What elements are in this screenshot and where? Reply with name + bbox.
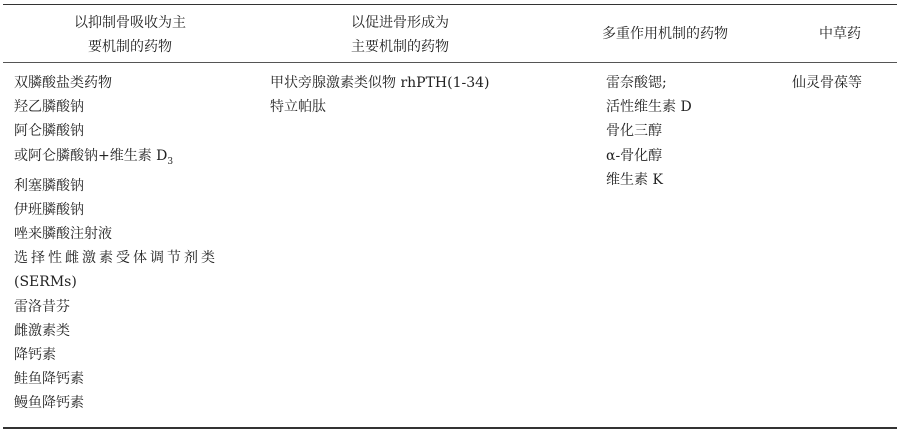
table-bottom-rule bbox=[3, 427, 897, 429]
cell: 鲑鱼降钙素 bbox=[14, 367, 218, 391]
cell: 雷奈酸锶; bbox=[606, 71, 692, 95]
header-col-4: 中草药 bbox=[790, 22, 890, 46]
header-col-3: 多重作用机制的药物 bbox=[560, 22, 770, 46]
cell: 双膦酸盐类药物 bbox=[14, 71, 218, 95]
subscript: 3 bbox=[167, 156, 173, 166]
column-bone-resorption-inhibitors: 双膦酸盐类药物 羟乙膦酸钠 阿仑膦酸钠 或阿仑膦酸钠+维生素 D3 利塞膦酸钠 … bbox=[14, 71, 218, 416]
column-herbal-medicine: 仙灵骨葆等 bbox=[792, 71, 862, 95]
header-col-1: 以抑制骨吸收为主 要机制的药物 bbox=[20, 11, 240, 59]
table-top-rule bbox=[3, 4, 897, 5]
cell: 利塞膦酸钠 bbox=[14, 174, 218, 198]
cell: α-骨化醇 bbox=[606, 144, 692, 168]
header-col-4-line1: 中草药 bbox=[790, 22, 890, 46]
cell: 雷洛昔芬 bbox=[14, 295, 218, 319]
header-col-2-line2: 主要机制的药物 bbox=[300, 35, 500, 59]
cell: 特立帕肽 bbox=[270, 95, 490, 119]
header-col-1-line2: 要机制的药物 bbox=[20, 35, 240, 59]
header-col-2-line1: 以促进骨形成为 bbox=[300, 11, 500, 35]
cell: 唑来膦酸注射液 bbox=[14, 222, 218, 246]
header-col-3-line1: 多重作用机制的药物 bbox=[560, 22, 770, 46]
cell: 骨化三醇 bbox=[606, 119, 692, 143]
cell: 羟乙膦酸钠 bbox=[14, 95, 218, 119]
cell: 鳗鱼降钙素 bbox=[14, 391, 218, 415]
header-rule bbox=[3, 62, 897, 63]
cell: 伊班膦酸钠 bbox=[14, 198, 218, 222]
cell: 雌激素类 bbox=[14, 319, 218, 343]
cell: (SERMs) bbox=[14, 270, 218, 294]
cell: 或阿仑膦酸钠+维生素 D3 bbox=[14, 144, 218, 174]
column-bone-formation-promoters: 甲状旁腺激素类似物 rhPTH(1-34) 特立帕肽 bbox=[270, 71, 490, 119]
header-col-1-line1: 以抑制骨吸收为主 bbox=[20, 11, 240, 35]
cell-text: 或阿仑膦酸钠+维生素 D bbox=[14, 148, 167, 164]
cell: 维生素 K bbox=[606, 168, 692, 192]
header-col-2: 以促进骨形成为 主要机制的药物 bbox=[300, 11, 500, 59]
cell: 选择性雌激素受体调节剂类 bbox=[14, 246, 218, 270]
column-multi-mechanism: 雷奈酸锶; 活性维生素 D 骨化三醇 α-骨化醇 维生素 K bbox=[606, 71, 692, 192]
cell: 阿仑膦酸钠 bbox=[14, 119, 218, 143]
cell: 活性维生素 D bbox=[606, 95, 692, 119]
cell: 仙灵骨葆等 bbox=[792, 71, 862, 95]
cell: 降钙素 bbox=[14, 343, 218, 367]
cell: 甲状旁腺激素类似物 rhPTH(1-34) bbox=[270, 71, 490, 95]
